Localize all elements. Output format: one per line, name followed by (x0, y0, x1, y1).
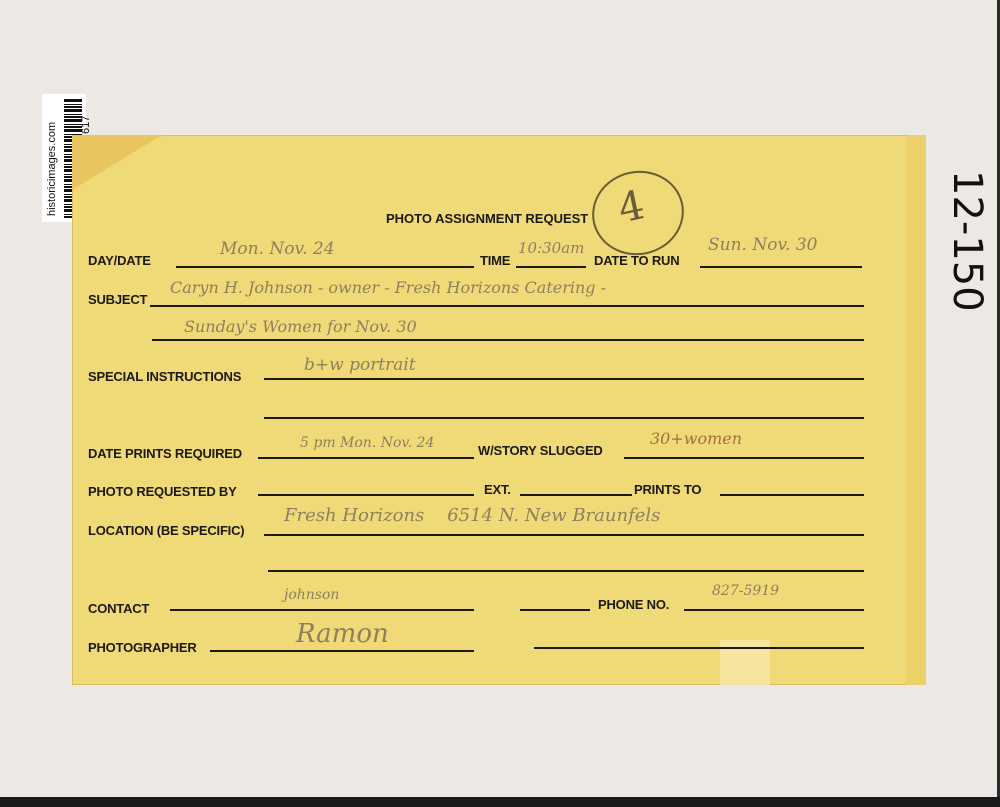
date-prints-required-line[interactable] (258, 457, 474, 459)
folded-corner (72, 135, 162, 190)
location-label: LOCATION (BE SPECIFIC) (88, 523, 244, 538)
special-instructions-value: b+w portrait (304, 355, 416, 375)
contact-label: CONTACT (88, 601, 149, 616)
time-label: TIME (480, 253, 510, 268)
photo-requested-by-label: PHOTO REQUESTED BY (88, 484, 237, 499)
contact-line-continued (520, 609, 590, 611)
ext-line[interactable] (520, 494, 632, 496)
special-instructions-line-1[interactable] (264, 378, 864, 380)
subject-value-line2: Sunday's Women for Nov. 30 (184, 317, 417, 336)
assignment-card: PHOTO ASSIGNMENT REQUEST 4 DAY/DATE Mon.… (72, 135, 926, 685)
date-to-run-value: Sun. Nov. 30 (708, 235, 818, 255)
story-slugged-label: W/STORY SLUGGED (478, 443, 603, 458)
prints-to-line[interactable] (720, 494, 864, 496)
day-date-line[interactable] (176, 266, 474, 268)
barcode-site-text: historicimages.com (46, 122, 58, 216)
scan-bottom-edge (0, 797, 1000, 807)
time-value: 10:30am (518, 239, 584, 257)
date-to-run-line[interactable] (700, 266, 862, 268)
circled-mark: 4 (584, 162, 691, 263)
subject-value-line1: Caryn H. Johnson - owner - Fresh Horizon… (170, 278, 606, 297)
special-instructions-label: SPECIAL INSTRUCTIONS (88, 369, 241, 384)
card-edge-band (906, 135, 926, 685)
day-date-label: DAY/DATE (88, 253, 151, 268)
prints-to-label: PRINTS TO (634, 482, 701, 497)
contact-value: johnson (284, 587, 339, 603)
location-line-2[interactable] (268, 570, 864, 572)
photographer-line-2[interactable] (534, 647, 864, 649)
date-prints-required-label: DATE PRINTS REQUIRED (88, 446, 242, 461)
date-prints-required-value: 5 pm Mon. Nov. 24 (300, 435, 434, 451)
time-line[interactable] (516, 266, 586, 268)
photographer-label: PHOTOGRAPHER (88, 640, 197, 655)
day-date-value: Mon. Nov. 24 (220, 239, 335, 259)
phone-no-line[interactable] (684, 609, 864, 611)
phone-no-label: PHONE NO. (598, 597, 669, 612)
date-to-run-label: DATE TO RUN (594, 253, 679, 268)
story-slugged-value: 30+women (650, 429, 742, 448)
special-instructions-line-2[interactable] (264, 417, 864, 419)
subject-line-1[interactable] (150, 305, 864, 307)
location-line-1[interactable] (264, 534, 864, 536)
photographer-line[interactable] (210, 650, 474, 652)
subject-line-2[interactable] (152, 339, 864, 341)
subject-label: SUBJECT (88, 292, 147, 307)
circled-mark-number: 4 (614, 182, 648, 232)
photographer-value: Ramon (296, 619, 389, 649)
contact-line[interactable] (170, 609, 474, 611)
location-value: Fresh Horizons 6514 N. New Braunfels (284, 505, 660, 526)
reference-number: 12-150 (944, 170, 990, 312)
photo-requested-by-line[interactable] (258, 494, 474, 496)
ext-label: EXT. (484, 482, 511, 497)
story-slugged-line[interactable] (624, 457, 864, 459)
phone-no-value: 827-5919 (712, 583, 779, 599)
form-title: PHOTO ASSIGNMENT REQUEST (386, 211, 588, 226)
